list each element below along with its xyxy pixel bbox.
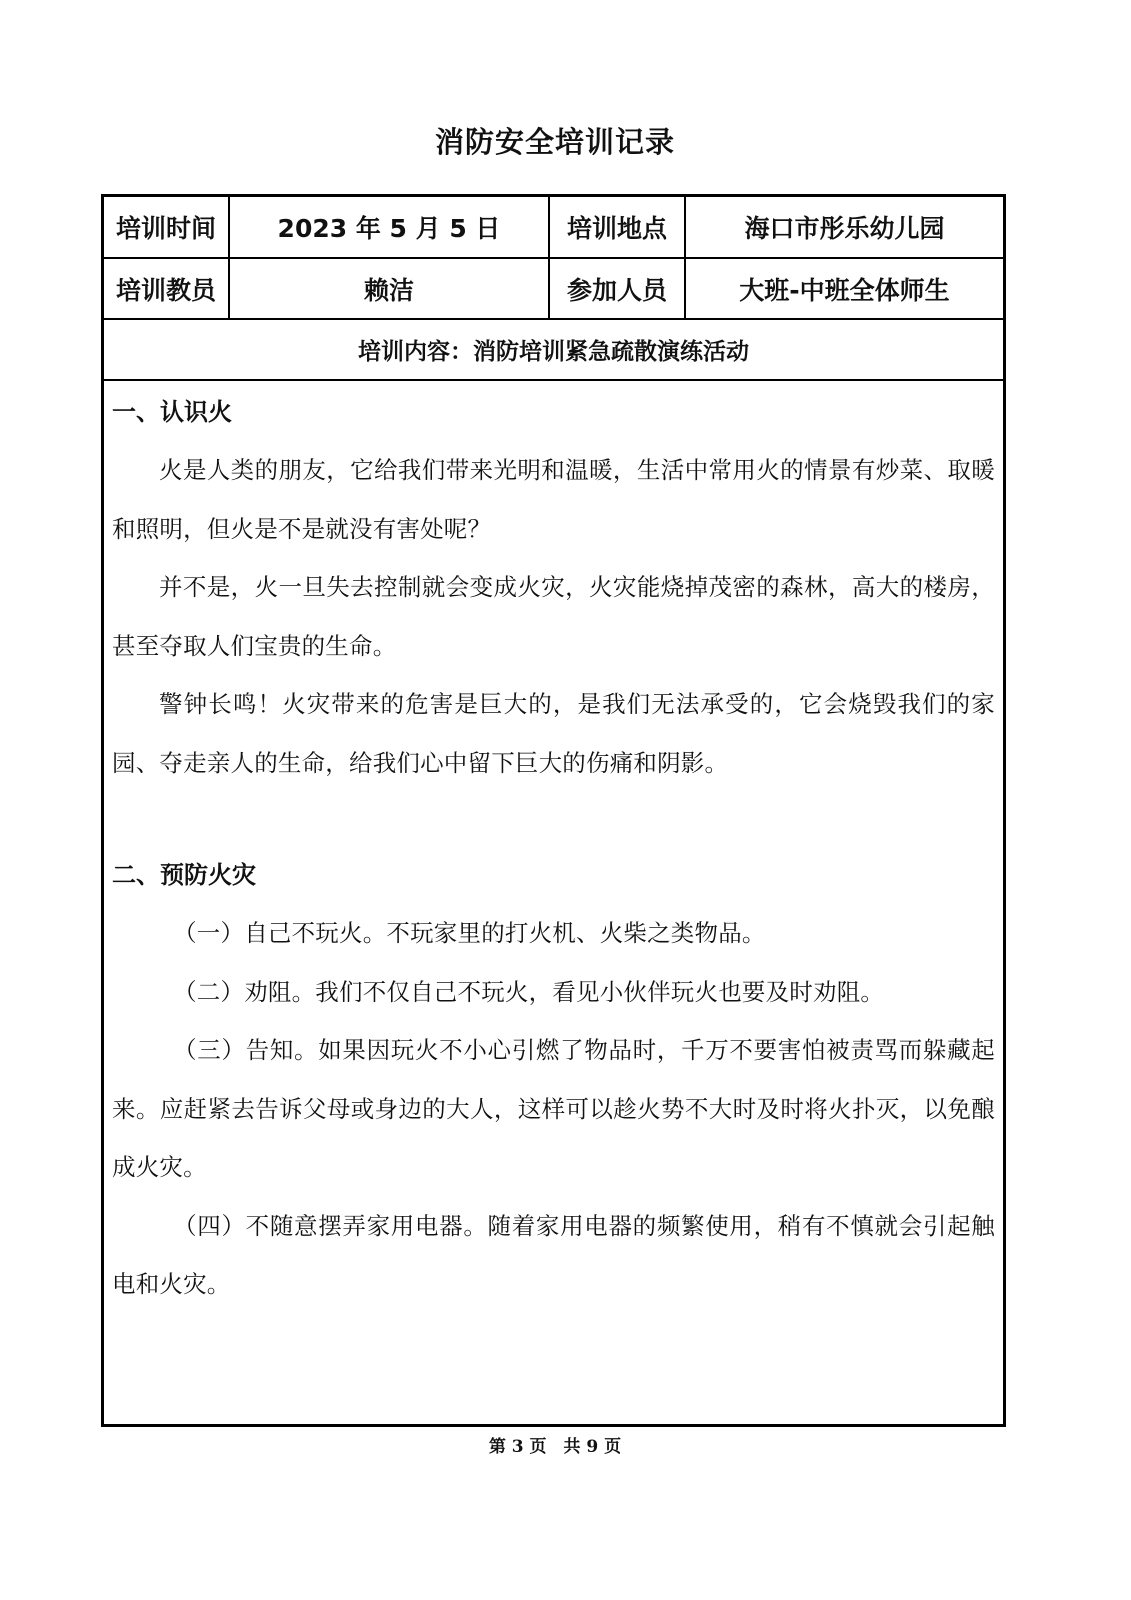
value-instructor: 赖洁	[230, 259, 550, 318]
list-item: （二）劝阻。我们不仅自己不玩火，看见小伙伴玩火也要及时劝阻。	[112, 963, 995, 1022]
value-participants: 大班-中班全体师生	[686, 259, 1003, 318]
label-training-time: 培训时间	[104, 197, 230, 257]
document-title: 消防安全培训记录	[0, 120, 1110, 161]
paragraph: 火是人类的朋友，它给我们带来光明和温暖，生活中常用火的情景有炒菜、取暖和照明，但…	[112, 441, 995, 558]
label-participants: 参加人员	[550, 259, 686, 318]
list-item: （三）告知。如果因玩火不小心引燃了物品时，千万不要害怕被责骂而躲藏起来。应赶紧去…	[112, 1021, 995, 1197]
section-heading-prevent-fire: 二、预防火灾	[112, 846, 995, 904]
spacer	[112, 792, 995, 846]
list-item: （一）自己不玩火。不玩家里的打火机、火柴之类物品。	[112, 904, 995, 963]
label-training-location: 培训地点	[550, 197, 686, 257]
info-row-instructor-participants: 培训教员 赖洁 参加人员 大班-中班全体师生	[104, 259, 1003, 320]
training-content-title: 培训内容：消防培训紧急疏散演练活动	[358, 333, 749, 366]
section-heading-know-fire: 一、认识火	[112, 383, 995, 441]
training-content-body: 一、认识火 火是人类的朋友，它给我们带来光明和温暖，生活中常用火的情景有炒菜、取…	[112, 383, 995, 1314]
value-training-location: 海口市彤乐幼儿园	[686, 197, 1003, 257]
value-training-time: 2023 年 5 月 5 日	[230, 197, 550, 257]
training-record-table: 培训时间 2023 年 5 月 5 日 培训地点 海口市彤乐幼儿园 培训教员 赖…	[101, 194, 1006, 1427]
paragraph: 并不是，火一旦失去控制就会变成火灾，火灾能烧掉茂密的森林，高大的楼房，甚至夺取人…	[112, 558, 995, 675]
content-row: 培训内容：消防培训紧急疏散演练活动	[104, 320, 1003, 381]
info-row-time-location: 培训时间 2023 年 5 月 5 日 培训地点 海口市彤乐幼儿园	[104, 197, 1003, 259]
list-item: （四）不随意摆弄家用电器。随着家用电器的频繁使用，稍有不慎就会引起触电和火灾。	[112, 1197, 995, 1314]
page-number: 第 3 页 共 9 页	[0, 1432, 1110, 1457]
label-instructor: 培训教员	[104, 259, 230, 318]
paragraph: 警钟长鸣！火灾带来的危害是巨大的，是我们无法承受的，它会烧毁我们的家园、夺走亲人…	[112, 675, 995, 792]
